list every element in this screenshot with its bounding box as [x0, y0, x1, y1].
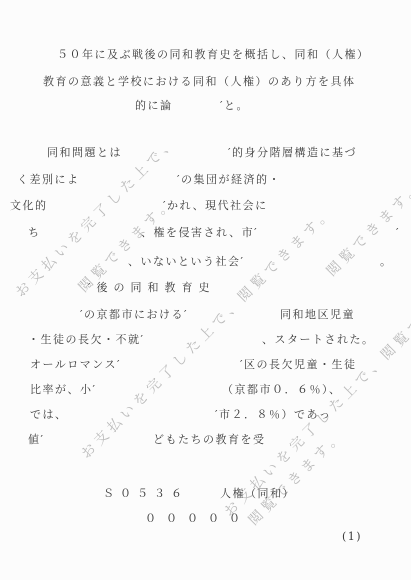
text-line: オールロマンス′′区の長欠児童・生徒	[0, 358, 411, 373]
text-fragment: ・生徒の長欠・不就′	[28, 333, 145, 347]
text-fragment: 同和地区児童	[280, 308, 355, 322]
text-fragment: 値′	[28, 433, 45, 447]
text-line: 、いないという社会′。	[0, 255, 411, 270]
text-fragment: ′かれ、現代社会に	[163, 199, 268, 213]
text-line: ・生徒の長欠・不就′、スタートされた。	[0, 333, 411, 348]
text-fragment: 、スタートされた。	[262, 333, 375, 347]
document-id-digits: ０００００	[145, 512, 250, 526]
text-line: ′後の同和教育史	[0, 281, 411, 296]
text-fragment: ′区の長欠児童・生徒	[240, 358, 357, 372]
text-fragment: 。	[380, 255, 393, 269]
text-fragment: ′	[396, 226, 400, 240]
text-line: Ｓ０５３６人権（同和）	[0, 487, 411, 502]
text-fragment: 文化的	[10, 199, 48, 213]
text-fragment: ′の集団が経済的・	[177, 173, 281, 187]
text-line: 同和問題とは′的身分階層構造に基づ	[0, 146, 411, 161]
text-fragment: く差別によ	[17, 173, 80, 187]
text-fragment: 同和問題とは	[47, 146, 122, 160]
text-line: ち、権を侵害され、市′′	[0, 226, 411, 241]
document-code: Ｓ０５３６	[103, 487, 188, 501]
document-page: お支払いを完了した上で、閲覧できます。お支払いを完了した上で、閲覧できます。閲覧…	[0, 0, 411, 580]
text-fragment: 的に論	[135, 99, 173, 113]
text-line: 値′どもたちの教育を受	[0, 433, 411, 448]
text-line: では、′市２．８％）であっ	[0, 408, 411, 423]
text-line: 教育の意義と学校における同和（人権）のあり方を具体	[0, 75, 411, 90]
text-fragment: オールロマンス′	[30, 358, 121, 372]
text-fragment: ′後の同和教育史	[88, 281, 216, 295]
text-line: ０００００	[0, 512, 411, 527]
text-fragment: どもたちの教育を受	[153, 433, 266, 447]
page-number: (1)	[342, 530, 362, 544]
text-fragment: ′市２．８％）であっ	[215, 408, 331, 422]
text-line: ′の京都市における′同和地区児童	[0, 308, 411, 323]
text-fragment: 、いないという社会′	[128, 255, 245, 269]
text-fragment: （京都市０．６％）、	[222, 383, 342, 397]
text-line: (1)	[0, 530, 411, 545]
text-line: 的に論′と。	[0, 99, 411, 114]
text-line: 比率が、小′（京都市０．６％）、	[0, 383, 411, 398]
text-fragment: ち	[28, 226, 41, 240]
text-fragment: 教育の意義と学校における同和（人権）のあり方を具体	[43, 75, 356, 89]
text-line: ５０年に及ぶ戦後の同和教育史を概括し、同和（人権）	[0, 48, 411, 63]
text-fragment: ′的身分階層構造に基づ	[228, 146, 357, 160]
text-fragment: 、権を侵害され、市′	[141, 226, 258, 240]
text-line: く差別によ′の集団が経済的・	[0, 173, 411, 188]
text-fragment: では、	[30, 408, 68, 422]
text-fragment: 比率が、小′	[30, 383, 97, 397]
text-fragment: ５０年に及ぶ戦後の同和教育史を概括し、同和（人権）	[57, 48, 370, 62]
text-line: 文化的′かれ、現代社会に	[0, 199, 411, 214]
document-subject: 人権（同和）	[220, 487, 295, 501]
document-text-layer: ５０年に及ぶ戦後の同和教育史を概括し、同和（人権）教育の意義と学校における同和（…	[0, 0, 411, 580]
text-fragment: ′の京都市における′	[80, 308, 188, 322]
text-fragment: ′と。	[220, 99, 249, 113]
